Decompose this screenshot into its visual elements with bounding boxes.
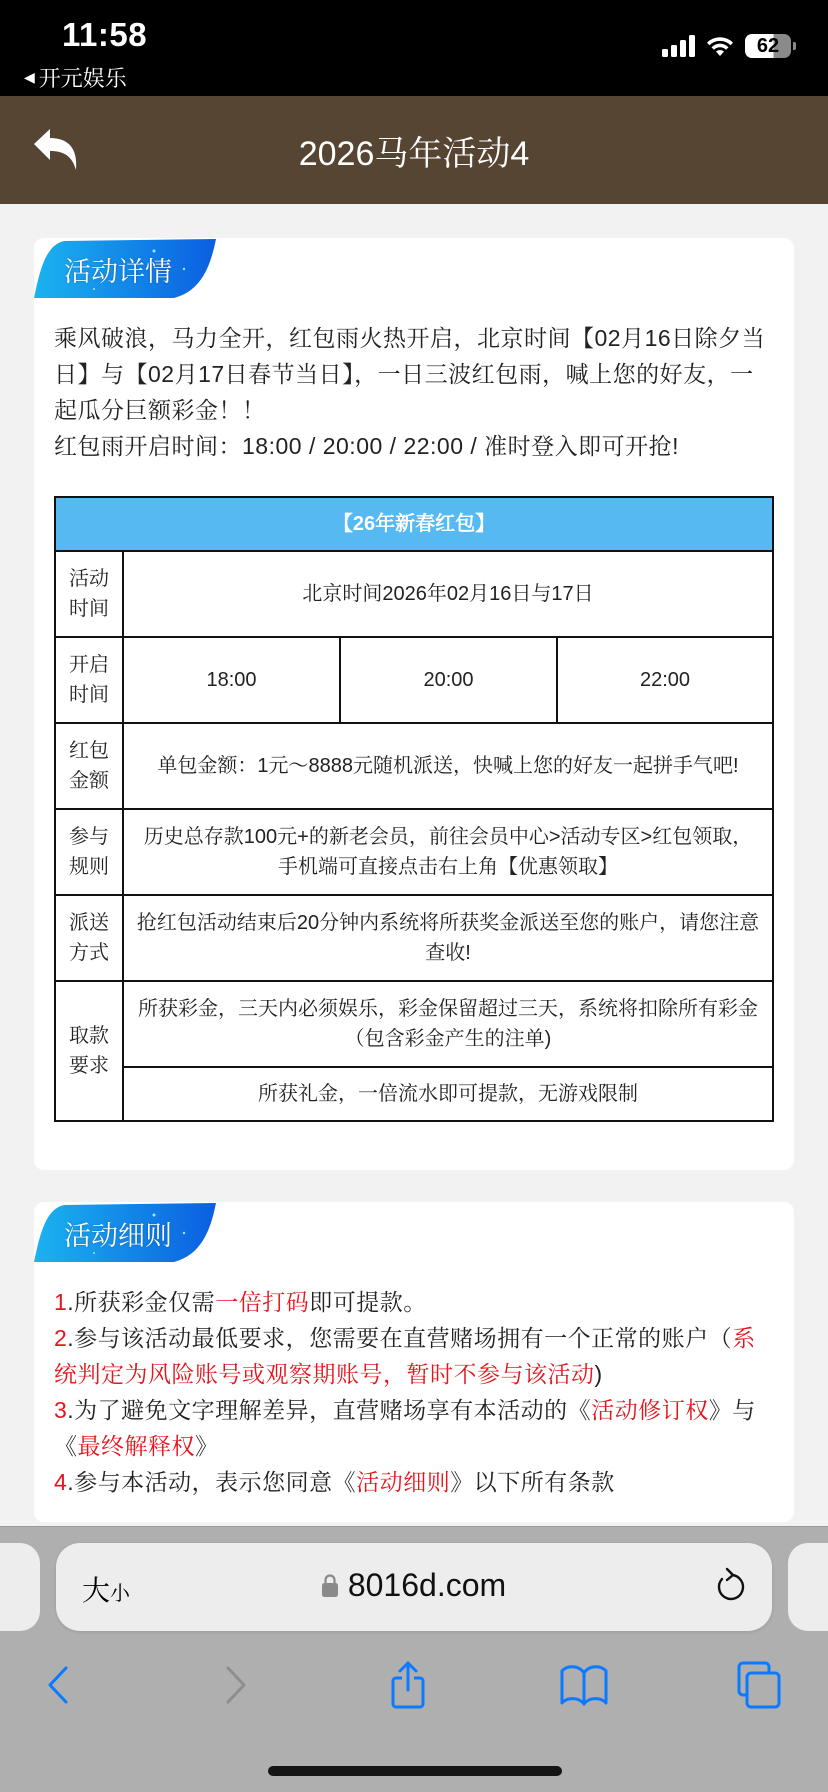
rule-text: )	[595, 1361, 603, 1387]
share-icon	[388, 1660, 428, 1710]
intro-paragraph: 乘风破浪，马力全开，红包雨火热开启，北京时间【02月16日除夕当日】与【02月1…	[54, 320, 774, 428]
battery-tip	[793, 42, 796, 50]
rule-highlight: 最终解释权	[78, 1433, 196, 1459]
screen: 11:58 ◀ 开元娱乐 62 2026马年活动4	[0, 0, 828, 1792]
row-label: 派送方式	[55, 895, 123, 981]
back-triangle-icon: ◀	[24, 69, 35, 86]
time-slot-3: 22:00	[557, 637, 773, 723]
home-indicator[interactable]	[268, 1766, 562, 1776]
next-tab-preview[interactable]	[788, 1543, 828, 1631]
section-badge-details: 活动详情	[34, 239, 216, 298]
row-value: 单包金额：1元～8888元随机派送，快喊上您的好友一起拼手气吧!	[123, 723, 773, 809]
browser-toolbar: 大小 8016d.com	[0, 1526, 828, 1792]
rule-item: 2.参与该活动最低要求，您需要在直营赌场拥有一个正常的账户（系统判定为风险账号或…	[54, 1320, 774, 1392]
reload-icon[interactable]	[714, 1567, 746, 1605]
rule-highlight: 活动修订权	[591, 1397, 709, 1423]
back-nav-button[interactable]	[28, 1655, 88, 1715]
row-label: 活动时间	[55, 551, 123, 637]
url-display[interactable]: 8016d.com	[56, 1567, 772, 1604]
activity-details-card: 活动详情 乘风破浪，马力全开，红包雨火热开启，北京时间【02月16日除夕当日】与…	[34, 238, 794, 1170]
wifi-icon	[705, 35, 735, 57]
rule-text: 》	[195, 1433, 219, 1459]
back-app-label: 开元娱乐	[39, 62, 127, 93]
rule-text: .所获彩金仅需	[67, 1289, 215, 1315]
rule-highlight: 一倍打码	[215, 1289, 309, 1315]
row-value: 历史总存款100元+的新老会员，前往会员中心>活动专区>红包领取，手机端可直接点…	[123, 809, 773, 895]
battery-icon: 62	[745, 34, 791, 58]
status-bar: 11:58 ◀ 开元娱乐 62	[0, 0, 828, 96]
row-value: 抢红包活动结束后20分钟内系统将所获奖金派送至您的账户，请您注意查收!	[123, 895, 773, 981]
url-text: 8016d.com	[348, 1567, 506, 1603]
table-row: 所获礼金，一倍流水即可提款，无游戏限制	[55, 1067, 773, 1121]
activity-rules-card: 活动细则 1.所获彩金仅需一倍打码即可提款。 2.参与该活动最低要求，您需要在直…	[34, 1202, 794, 1522]
rule-item: 3.为了避免文字理解差异，直营赌场享有本活动的《活动修订权》与《最终解释权》	[54, 1392, 774, 1464]
address-bar[interactable]: 大小 8016d.com	[56, 1543, 772, 1631]
rule-number: 4	[54, 1469, 67, 1495]
time-slot-1: 18:00	[123, 637, 340, 723]
lock-icon	[322, 1573, 338, 1597]
tabs-button[interactable]	[730, 1655, 790, 1715]
tabs-icon	[737, 1661, 783, 1709]
back-to-app-link[interactable]: ◀ 开元娱乐	[24, 62, 127, 93]
badge-label: 活动详情	[64, 250, 172, 289]
app-header: 2026马年活动4	[0, 96, 828, 204]
promo-table: 【26年新春红包】 活动时间 北京时间2026年02月16日与17日 开启时间 …	[54, 496, 774, 1122]
rule-text: .参与该活动最低要求，您需要在直营赌场拥有一个正常的账户（	[67, 1325, 732, 1351]
status-time: 11:58	[62, 16, 147, 54]
previous-tab-preview[interactable]	[0, 1543, 40, 1631]
rule-text: 即可提款。	[309, 1289, 427, 1315]
share-button[interactable]	[378, 1655, 438, 1715]
badge-label: 活动细则	[64, 1214, 172, 1253]
book-icon	[559, 1663, 609, 1707]
table-title: 【26年新春红包】	[55, 497, 773, 551]
table-row: 开启时间 18:00 20:00 22:00	[55, 637, 773, 723]
rule-text: .参与本活动，表示您同意《	[67, 1469, 356, 1495]
rule-item: 4.参与本活动，表示您同意《活动细则》以下所有条款	[54, 1464, 774, 1500]
rule-highlight: 活动细则	[356, 1469, 450, 1495]
rule-text: 》以下所有条款	[450, 1469, 615, 1495]
table-row: 活动时间 北京时间2026年02月16日与17日	[55, 551, 773, 637]
rule-number: 1	[54, 1289, 67, 1315]
table-row: 参与规则 历史总存款100元+的新老会员，前往会员中心>活动专区>红包领取，手机…	[55, 809, 773, 895]
intro-text: 乘风破浪，马力全开，红包雨火热开启，北京时间【02月16日除夕当日】与【02月1…	[54, 320, 774, 464]
rule-number: 2	[54, 1325, 67, 1351]
rule-number: 3	[54, 1397, 67, 1423]
forward-nav-button[interactable]	[206, 1655, 266, 1715]
rule-item: 1.所获彩金仅需一倍打码即可提款。	[54, 1284, 774, 1320]
rule-text: .为了避免文字理解差异，直营赌场享有本活动的《	[67, 1397, 591, 1423]
intro-schedule: 红包雨开启时间：18:00 / 20:00 / 22:00 / 准时登入即可开抢…	[54, 428, 774, 464]
row-label: 开启时间	[55, 637, 123, 723]
browser-nav-toolbar	[0, 1655, 828, 1715]
rules-list: 1.所获彩金仅需一倍打码即可提款。 2.参与该活动最低要求，您需要在直营赌场拥有…	[54, 1284, 774, 1500]
cellular-signal-icon	[662, 35, 695, 57]
table-row: 派送方式 抢红包活动结束后20分钟内系统将所获奖金派送至您的账户，请您注意查收!	[55, 895, 773, 981]
row-value: 所获彩金，三天内必须娱乐，彩金保留超过三天，系统将扣除所有彩金（包含彩金产生的注…	[123, 981, 773, 1067]
row-label: 取款要求	[55, 981, 123, 1121]
table-row: 红包金额 单包金额：1元～8888元随机派送，快喊上您的好友一起拼手气吧!	[55, 723, 773, 809]
bookmarks-button[interactable]	[554, 1655, 614, 1715]
row-value: 北京时间2026年02月16日与17日	[123, 551, 773, 637]
row-value: 所获礼金，一倍流水即可提款，无游戏限制	[123, 1067, 773, 1121]
row-label: 参与规则	[55, 809, 123, 895]
chevron-right-icon	[224, 1665, 248, 1705]
section-badge-rules: 活动细则	[34, 1203, 216, 1262]
row-label: 红包金额	[55, 723, 123, 809]
table-row: 取款要求 所获彩金，三天内必须娱乐，彩金保留超过三天，系统将扣除所有彩金（包含彩…	[55, 981, 773, 1067]
status-icons: 62	[662, 34, 796, 58]
chevron-left-icon	[46, 1665, 70, 1705]
page-title: 2026马年活动4	[0, 126, 828, 175]
battery-level: 62	[757, 35, 779, 58]
time-slot-2: 20:00	[340, 637, 557, 723]
